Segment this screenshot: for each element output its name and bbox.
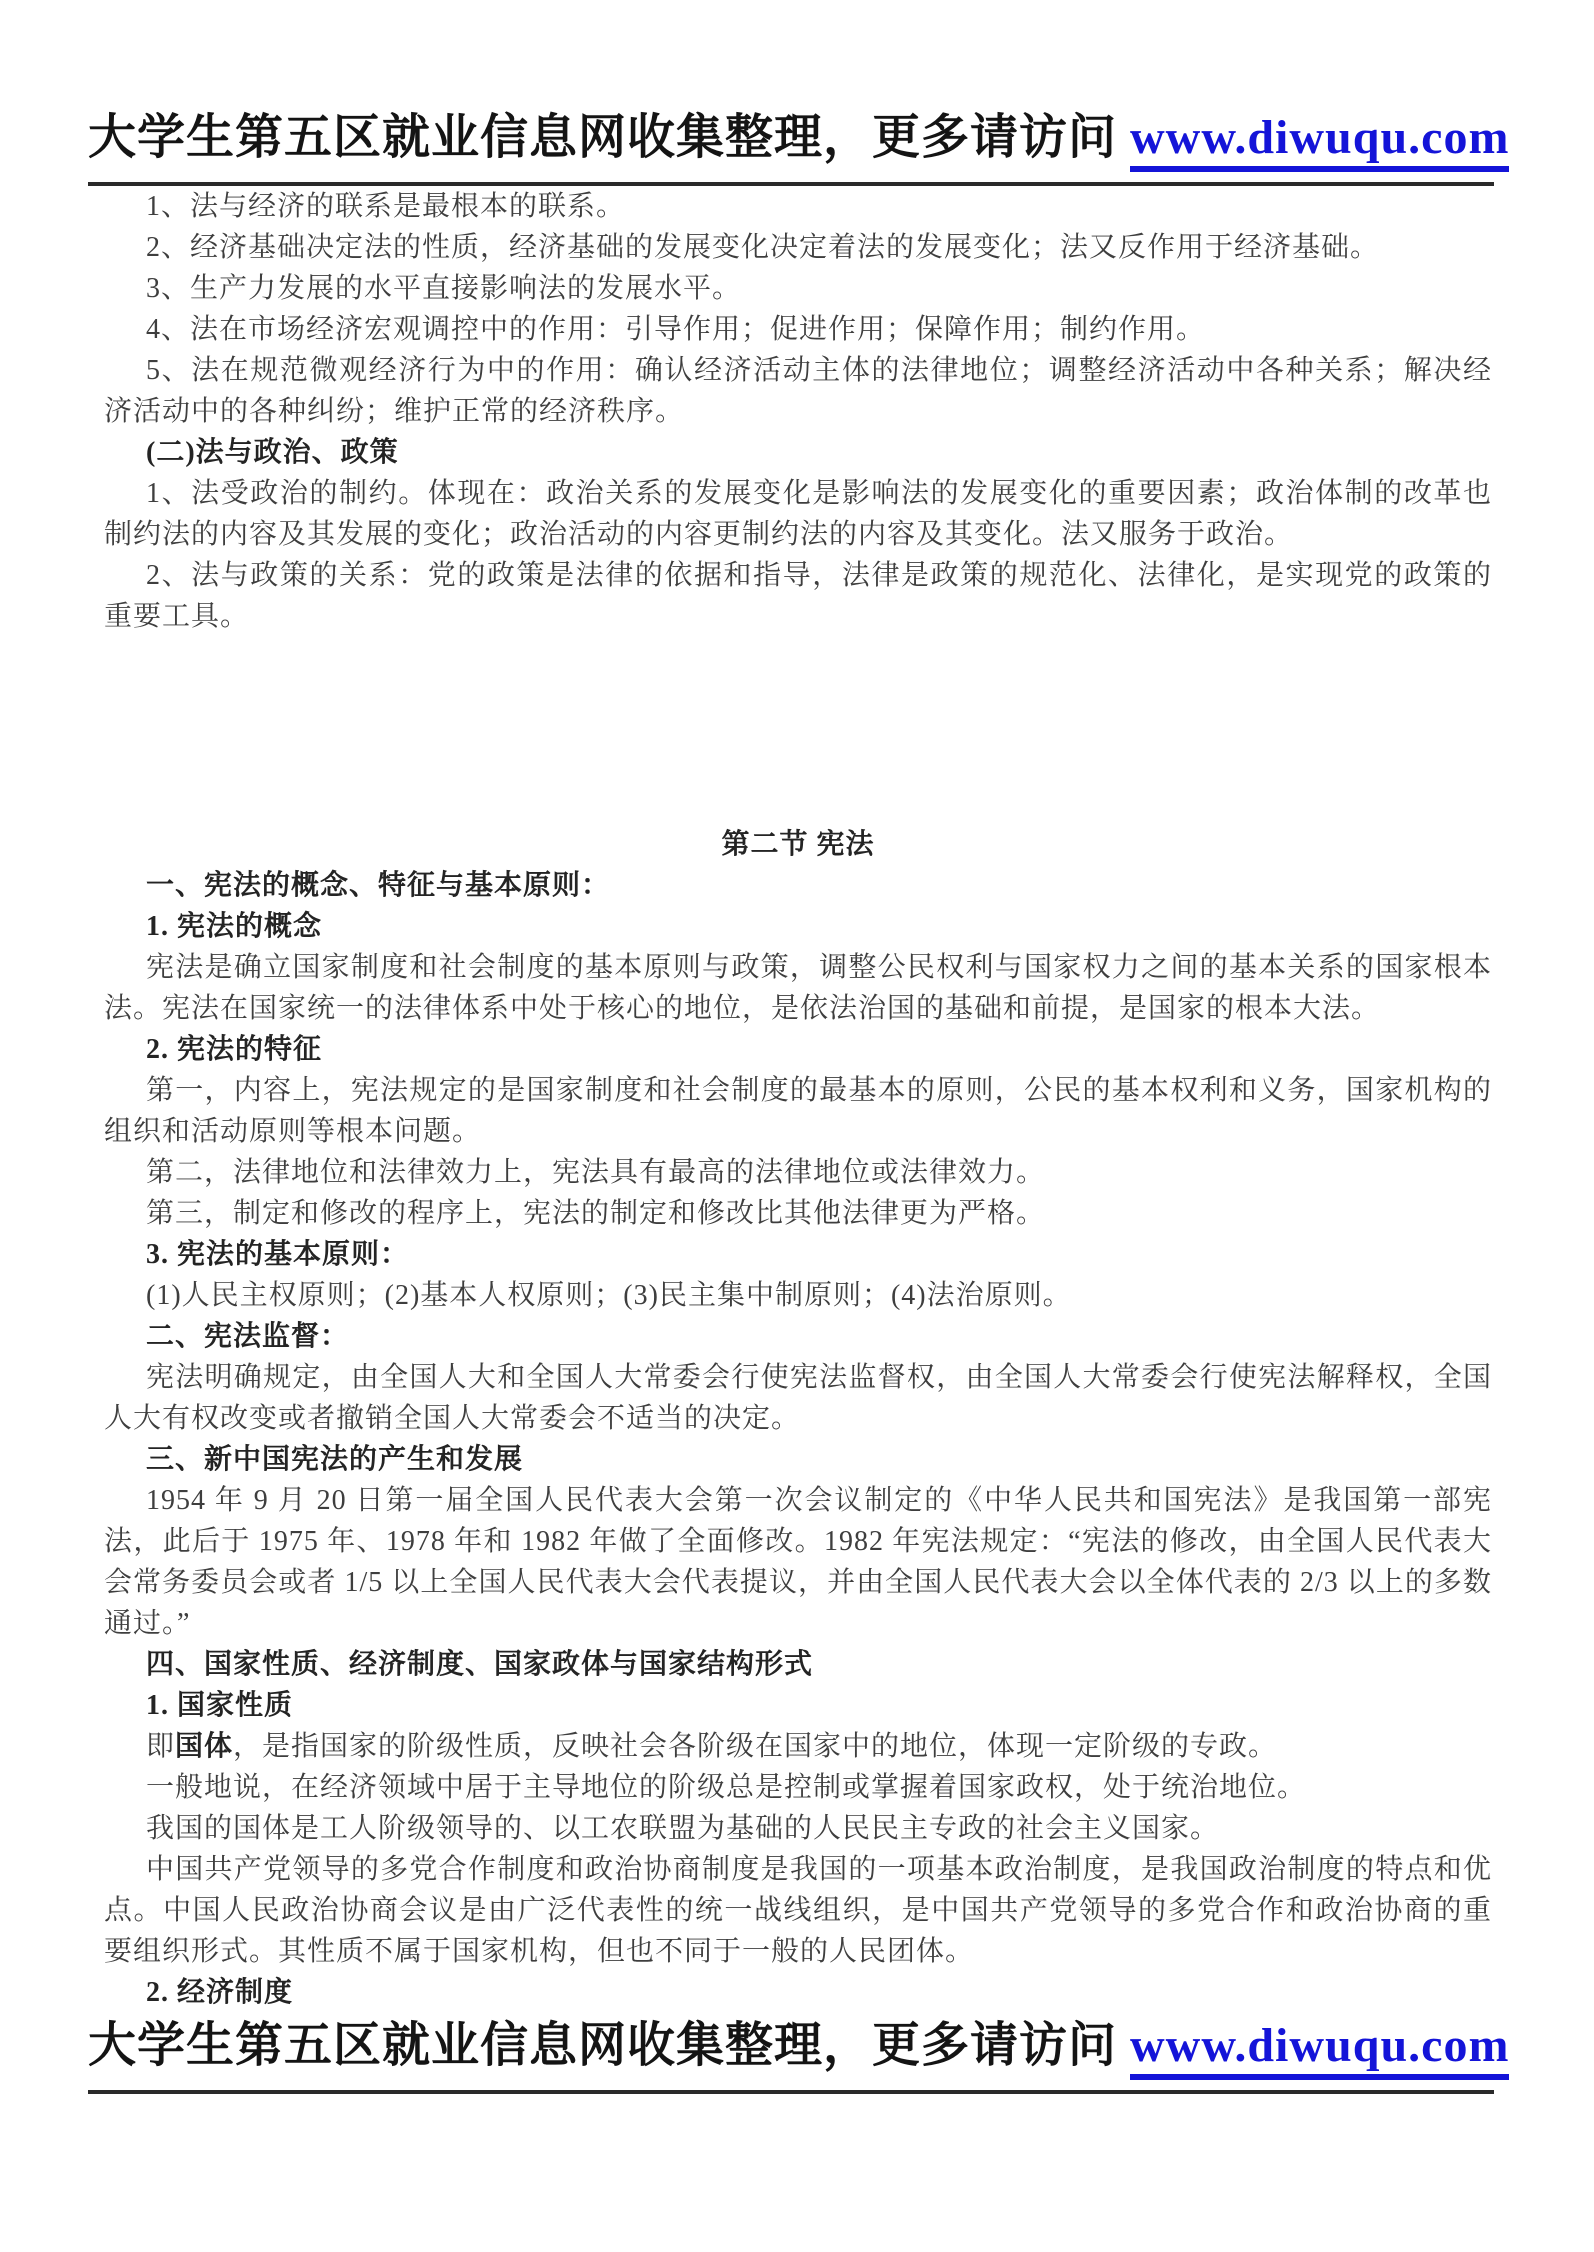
footer-title: 大学生第五区就业信息网收集整理，更多请访问: [88, 2019, 1130, 2072]
subsection-heading: 2. 宪法的特征: [104, 1029, 1492, 1070]
text-run: ，是指国家的阶级性质，反映社会各阶级在国家中的地位，体现一定阶级的专政。: [233, 1731, 1277, 1762]
paragraph: (1)人民主权原则；(2)基本人权原则；(3)民主集中制原则；(4)法治原则。: [104, 1275, 1492, 1316]
text-run: 即: [146, 1731, 175, 1762]
paragraph: 3、生产力发展的水平直接影响法的发展水平。: [104, 268, 1492, 309]
page-footer: 大学生第五区就业信息网收集整理，更多请访问 www.diwuqu.com: [88, 2018, 1494, 2094]
paragraph: 宪法是确立国家制度和社会制度的基本原则与政策，调整公民权利与国家权力之间的基本关…: [104, 947, 1492, 1029]
paragraph: 第三，制定和修改的程序上，宪法的制定和修改比其他法律更为严格。: [104, 1193, 1492, 1234]
section-heading: 二、宪法监督：: [104, 1316, 1492, 1357]
subsection-heading: 1. 宪法的概念: [104, 906, 1492, 947]
paragraph: 4、法在市场经济宏观调控中的作用：引导作用；促进作用；保障作用；制约作用。: [104, 309, 1492, 350]
paragraph: 第二，法律地位和法律效力上，宪法具有最高的法律地位或法律效力。: [104, 1152, 1492, 1193]
paragraph: 5、法在规范微观经济行为中的作用：确认经济活动主体的法律地位；调整经济活动中各种…: [104, 350, 1492, 432]
header-site-link[interactable]: www.diwuqu.com: [1130, 110, 1509, 172]
page-header: 大学生第五区就业信息网收集整理，更多请访问 www.diwuqu.com: [88, 110, 1494, 186]
paragraph: 1、法受政治的制约。体现在：政治关系的发展变化是影响法的发展变化的重要因素；政治…: [104, 473, 1492, 555]
section-heading: 三、新中国宪法的产生和发展: [104, 1439, 1492, 1480]
subsection-heading: 2. 经济制度: [104, 1972, 1492, 2013]
document-page: 大学生第五区就业信息网收集整理，更多请访问 www.diwuqu.com 1、法…: [0, 0, 1594, 2252]
paragraph: 即国体，是指国家的阶级性质，反映社会各阶级在国家中的地位，体现一定阶级的专政。: [104, 1726, 1492, 1767]
paragraph: 我国的国体是工人阶级领导的、以工农联盟为基础的人民民主专政的社会主义国家。: [104, 1808, 1492, 1849]
paragraph: 宪法明确规定，由全国人大和全国人大常委会行使宪法监督权，由全国人大常委会行使宪法…: [104, 1357, 1492, 1439]
section-gap: [104, 637, 1492, 824]
paragraph: 1、法与经济的联系是最根本的联系。: [104, 186, 1492, 227]
document-body: 1、法与经济的联系是最根本的联系。 2、经济基础决定法的性质，经济基础的发展变化…: [104, 186, 1492, 2013]
section-heading: 四、国家性质、经济制度、国家政体与国家结构形式: [104, 1644, 1492, 1685]
paragraph: 1954 年 9 月 20 日第一届全国人民代表大会第一次会议制定的《中华人民共…: [104, 1480, 1492, 1644]
paragraph: 2、法与政策的关系：党的政策是法律的依据和指导，法律是政策的规范化、法律化，是实…: [104, 555, 1492, 637]
paragraph: 第一，内容上，宪法规定的是国家制度和社会制度的最基本的原则，公民的基本权利和义务…: [104, 1070, 1492, 1152]
subsection-heading: 3. 宪法的基本原则：: [104, 1234, 1492, 1275]
paragraph: 中国共产党领导的多党合作制度和政治协商制度是我国的一项基本政治制度，是我国政治制…: [104, 1849, 1492, 1972]
paragraph: 一般地说，在经济领域中居于主导地位的阶级总是控制或掌握着国家政权，处于统治地位。: [104, 1767, 1492, 1808]
subsection-heading: 1. 国家性质: [104, 1685, 1492, 1726]
bold-term: 国体: [175, 1731, 233, 1762]
chapter-heading: 第二节 宪法: [104, 824, 1492, 865]
section-heading: (二)法与政治、政策: [104, 432, 1492, 473]
paragraph: 2、经济基础决定法的性质，经济基础的发展变化决定着法的发展变化；法又反作用于经济…: [104, 227, 1492, 268]
section-heading: 一、宪法的概念、特征与基本原则：: [104, 865, 1492, 906]
footer-site-link[interactable]: www.diwuqu.com: [1130, 2018, 1509, 2080]
header-title: 大学生第五区就业信息网收集整理，更多请访问: [88, 111, 1130, 164]
